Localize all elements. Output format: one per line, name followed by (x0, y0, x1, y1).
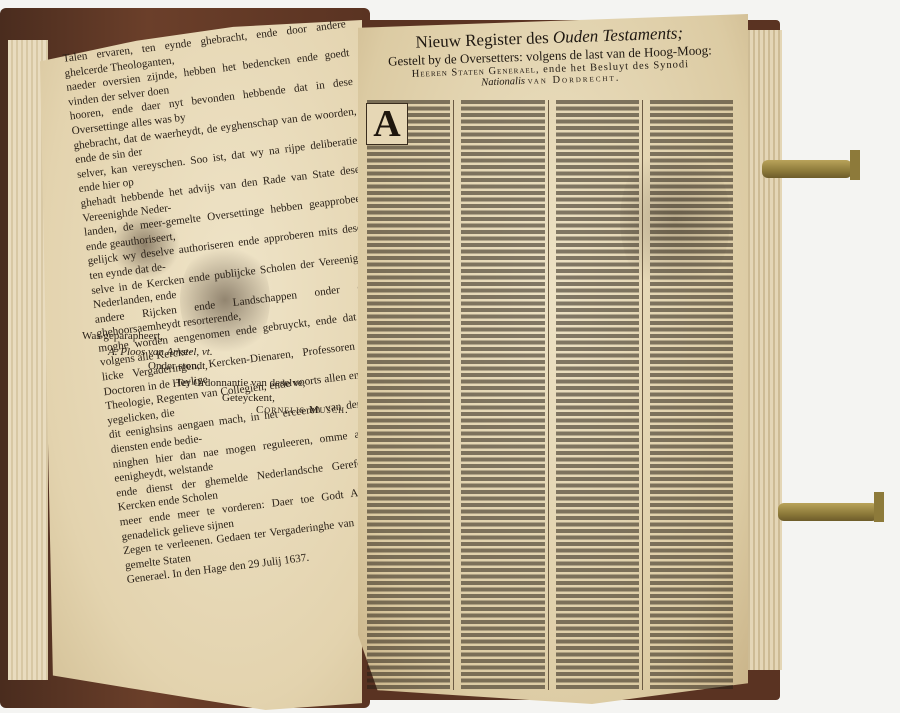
register-column (553, 100, 643, 690)
decorated-initial: A (366, 103, 408, 145)
register-columns (364, 100, 736, 690)
signature-signer: A. Ploos van Amstel, vt. (108, 346, 213, 358)
register-column (364, 100, 454, 690)
register-column (458, 100, 548, 690)
signature-clerk: Cornelis Musch. (256, 404, 349, 416)
clasp-hook-lower (874, 492, 884, 522)
signature-signed: Geteyckent, (222, 392, 275, 404)
register-column (647, 100, 736, 690)
clasp-hook-upper (850, 150, 860, 180)
signature-order: Ter Ordonnantie van deselve, (176, 377, 305, 389)
signature-under: Onder stondt, (148, 360, 208, 372)
brass-clasp-lower (778, 503, 878, 521)
title-nationalis: Nationalis (481, 76, 525, 89)
brass-clasp-upper (762, 160, 852, 178)
signature-paraphe: Was geparapheert, (82, 330, 163, 342)
